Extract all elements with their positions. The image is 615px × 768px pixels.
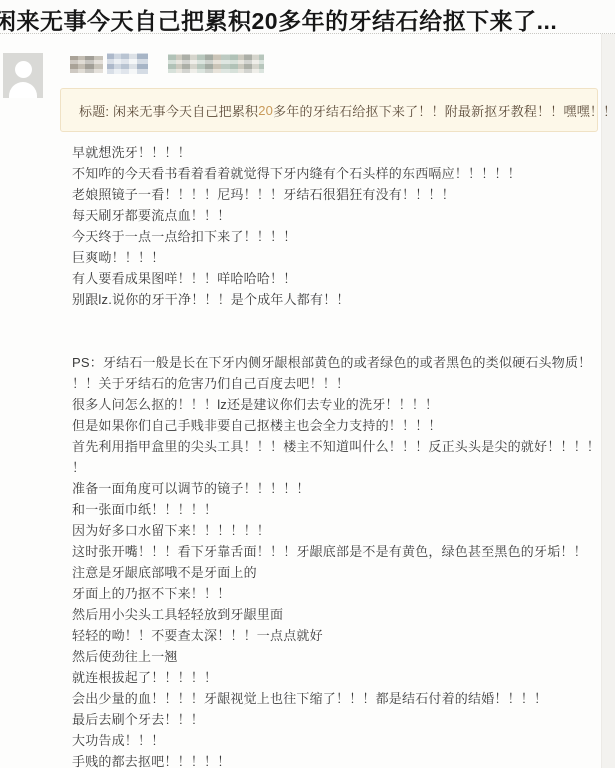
body-line: 巨爽呦！！！！ [72,247,615,268]
body-line: 别跟lz.说你的牙干净！！！是个成年人都有！！ [72,289,615,310]
body-line: 注意是牙龈底部哦不是牙面上的 [72,562,615,583]
body-line: 今天终于一点一点给扣下来了！！！！ [72,226,615,247]
post-title-prefix: 标题: 闲来无事今天自己把累积 [79,101,258,120]
body-line: PS：牙结石一般是长在下牙内侧牙龈根部黄色的或者绿色的或者黑色的类似硬石头物质！ [72,352,615,373]
censored-username-block-2 [107,53,148,74]
avatar[interactable] [3,53,43,98]
post-title-box: 标题: 闲来无事今天自己把累积20多年的牙结石给抠下来了！！附最新抠牙教程！！嘿… [60,88,598,132]
body-line [72,331,615,352]
body-line: 最后去刷个牙去！！！ [72,709,615,730]
post-body: 早就想洗牙！！！！不知咋的今天看书看着看着就觉得下牙内缝有个石头样的东西嗝应！！… [72,142,615,768]
censored-user-badge-block [168,54,264,73]
body-line: 首先利用指甲盒里的尖头工具！！！楼主不知道叫什么！！！反正头头是尖的就好！！！！ [72,436,615,457]
body-line: ！ [72,457,615,478]
body-line: 老娘照镜子一看！！！！尼玛！！！牙结石很猖狂有没有！！！！ [72,184,615,205]
body-line: 有人要看成果图咩！！！咩哈哈哈！！ [72,268,615,289]
body-line: 但是如果你们自己手贱非要自己抠楼主也会全力支持的！！！！ [72,415,615,436]
body-line: 然后用小尖头工具轻轻放到牙龈里面 [72,604,615,625]
body-line: 这时张开嘴！！！看下牙靠舌面！！！牙龈底部是不是有黄色，绿色甚至黑色的牙垢！！ [72,541,615,562]
censored-username-block-1 [70,56,103,73]
thread-header: 闲来无事今天自己把累积20多年的牙结石给抠下来了... [0,0,615,34]
body-line: 早就想洗牙！！！！ [72,142,615,163]
body-line: 很多人问怎么抠的！！！lz还是建议你们去专业的洗牙！！！！ [72,394,615,415]
body-line: 手贱的都去抠吧！！！！！ [72,751,615,768]
person-silhouette-icon [15,61,32,78]
body-line: 准备一面角度可以调节的镜子！！！！！ [72,478,615,499]
thread-title: 闲来无事今天自己把累积20多年的牙结石给抠下来了... [0,3,557,36]
body-line: 和一张面巾纸！！！！！ [72,499,615,520]
body-line [72,310,615,331]
body-line: 然后使劲往上一翘 [72,646,615,667]
body-line: 每天刷牙都要流点血！！！ [72,205,615,226]
body-line: 牙面上的乃抠不下来！！！ [72,583,615,604]
post-title-number: 20 [258,103,273,118]
body-line: 不知咋的今天看书看着看着就觉得下牙内缝有个石头样的东西嗝应！！！！！ [72,163,615,184]
body-line: 轻轻的呦！！不要查太深！！！一点点就好 [72,625,615,646]
person-silhouette-shoulders [9,82,37,98]
body-line: 会出少量的血！！！！牙龈视觉上也往下缩了！！！都是结石付着的结婚！！！！ [72,688,615,709]
body-line: 就连根拔起了！！！！！ [72,667,615,688]
body-line: 因为好多口水留下来！！！！！！ [72,520,615,541]
post-title-suffix: 多年的牙结石给抠下来了！！附最新抠牙教程！！嘿嘿！！ [273,101,615,120]
body-line: ！！关于牙结石的危害乃们自己百度去吧！！！ [72,373,615,394]
body-line: 大功告成！！！ [72,730,615,751]
